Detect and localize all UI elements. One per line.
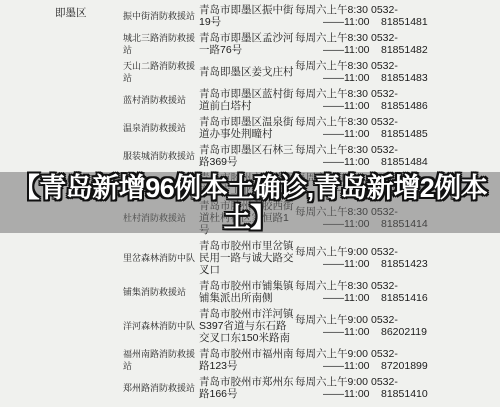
station-name: 振中街消防救援站 [123, 10, 199, 22]
table-row: 温泉消防救援站 青岛市即墨区温泉街道办事处荆疃村 每周六上午8:30 ——11:… [0, 114, 500, 142]
service-time: 每周六上午9:00 ——11:00 [295, 246, 371, 270]
station-address: 青岛市即墨区振中街19号 [199, 4, 295, 28]
district-cell [55, 32, 123, 35]
service-time-text: 每周六上午8:30 ——11:00 [295, 60, 371, 84]
district-cell [55, 88, 123, 91]
station-name: 郑州路消防救援站 [123, 382, 199, 394]
phone-number-text: 0532- 81851484 [371, 144, 446, 168]
station-name: 天山二路消防救援站 [123, 60, 199, 84]
district-cell [55, 60, 123, 63]
service-time-text: 每周六上午8:30 ——11:00 [295, 116, 371, 140]
screenshot-root: 即墨区 振中街消防救援站 青岛市即墨区振中街19号 每周六上午8:30 ——11… [0, 0, 500, 407]
service-time: 每周六上午8:30 ——11:00 [295, 60, 371, 84]
phone-number: 0532- 81851483 [371, 60, 446, 84]
table-row: 福州南路消防救援站 青岛市胶州市福州南路123号 每周六上午9:00 ——11:… [0, 346, 500, 374]
phone-number-text: 0532- 86202119 [371, 314, 446, 338]
service-time-text: 每周六上午8:30 ——11:00 [295, 32, 371, 56]
phone-number: 0532- 81851423 [371, 246, 446, 270]
phone-number: 0532- 81851485 [371, 116, 446, 140]
district-cell [55, 144, 123, 147]
phone-number-text: 0532- 81851423 [371, 246, 446, 270]
district-cell [55, 376, 123, 379]
service-time-text: 每周六上午8:30 ——11:00 [295, 4, 371, 28]
service-time-text: 每周六上午9:00 ——11:00 [295, 376, 371, 400]
service-time: 每周六上午9:00 ——11:00 [295, 376, 371, 400]
headline-text: 【青岛新增96例本土确诊,青岛新增2例本土】 [10, 173, 490, 233]
district-cell [55, 308, 123, 311]
station-name: 福州南路消防救援站 [123, 348, 199, 372]
service-time: 每周六上午9:00 ——11:00 [295, 348, 371, 372]
table-row: 里岔森林消防中队 青岛市胶州市里岔镇民用一路与诚大路交叉口 每周六上午9:00 … [0, 238, 500, 278]
table-row: 郑州路消防救援站 青岛市胶州市郑州东路166号 每周六上午9:00 ——11:0… [0, 374, 500, 402]
station-address: 青岛市胶州市洋河镇S397省道与东石路交叉口东150米路南 [199, 308, 295, 344]
district-cell [55, 240, 123, 243]
phone-number-text: 0532- 81851410 [371, 376, 446, 400]
district-cell [55, 116, 123, 119]
phone-number: 0532- 81851486 [371, 88, 446, 112]
station-address: 青岛市即墨区蓝村街道前白塔村 [199, 88, 295, 112]
phone-number-text: 0532- 81851416 [371, 280, 446, 304]
station-address: 青岛市即墨区温泉街道办事处荆疃村 [199, 116, 295, 140]
station-name: 服装城消防救援站 [123, 150, 199, 162]
phone-number-text: 0532- 81851483 [371, 60, 446, 84]
district-cell: 即墨区 [55, 4, 123, 19]
phone-number: 0532- 81851481 [371, 4, 446, 28]
phone-number: 0532- 81851410 [371, 376, 446, 400]
district-cell [55, 280, 123, 283]
district-cell [55, 348, 123, 351]
station-address: 青岛市即墨区石林三路369号 [199, 144, 295, 168]
station-name: 洋河森林消防中队 [123, 320, 199, 332]
headline-overlay: 【青岛新增96例本土确诊,青岛新增2例本土】 [0, 172, 500, 233]
station-address: 青岛市胶州市铺集镇铺集派出所南侧 [199, 280, 295, 304]
service-time: 每周六上午9:00 ——11:00 [295, 314, 371, 338]
phone-number: 0532- 87201899 [371, 348, 446, 372]
service-time-text: 每周六上午9:00 ——11:00 [295, 348, 371, 372]
station-address: 青岛市胶州市郑州东路166号 [199, 376, 295, 400]
service-time: 每周六上午8:30 ——11:00 [295, 280, 371, 304]
station-name: 温泉消防救援站 [123, 122, 199, 134]
phone-number-text: 0532- 81851485 [371, 116, 446, 140]
service-time-text: 每周六上午9:00 ——11:00 [295, 246, 371, 270]
station-address: 青岛即墨区姜戈庄村 [199, 66, 295, 78]
service-time-text: 每周六上午8:30 ——11:00 [295, 88, 371, 112]
phone-number-text: 0532- 81851481 [371, 4, 446, 28]
station-address: 青岛市胶州市里岔镇民用一路与诚大路交叉口 [199, 240, 295, 276]
station-name: 铺集消防救援站 [123, 286, 199, 298]
table-row: 洋河森林消防中队 青岛市胶州市洋河镇S397省道与东石路交叉口东150米路南 每… [0, 306, 500, 346]
phone-number: 0532- 81851482 [371, 32, 446, 56]
phone-number-text: 0532- 81851482 [371, 32, 446, 56]
station-name: 城北三路消防救援站 [123, 32, 199, 56]
phone-number: 0532- 86202119 [371, 314, 446, 338]
service-time: 每周六上午8:30 ——11:00 [295, 116, 371, 140]
table-row: 城北三路消防救援站 青岛市即墨区孟沙河一路76号 每周六上午8:30 ——11:… [0, 30, 500, 58]
service-time-text: 每周六上午9:00 ——11:00 [295, 314, 371, 338]
table-row: 天山二路消防救援站 青岛即墨区姜戈庄村 每周六上午8:30 ——11:00 05… [0, 58, 500, 86]
table-row: 铺集消防救援站 青岛市胶州市铺集镇铺集派出所南侧 每周六上午8:30 ——11:… [0, 278, 500, 306]
phone-number: 0532- 81851484 [371, 144, 446, 168]
table-row: 即墨区 振中街消防救援站 青岛市即墨区振中街19号 每周六上午8:30 ——11… [0, 2, 500, 30]
station-name: 蓝村消防救援站 [123, 94, 199, 106]
phone-number-text: 0532- 81851486 [371, 88, 446, 112]
table-row: 蓝村消防救援站 青岛市即墨区蓝村街道前白塔村 每周六上午8:30 ——11:00… [0, 86, 500, 114]
station-address: 青岛市胶州市福州南路123号 [199, 348, 295, 372]
service-time: 每周六上午8:30 ——11:00 [295, 4, 371, 28]
service-time-text: 每周六上午8:30 ——11:00 [295, 144, 371, 168]
station-address: 青岛市即墨区孟沙河一路76号 [199, 32, 295, 56]
phone-number: 0532- 81851416 [371, 280, 446, 304]
station-name: 里岔森林消防中队 [123, 252, 199, 264]
table-row: 服装城消防救援站 青岛市即墨区石林三路369号 每周六上午8:30 ——11:0… [0, 142, 500, 170]
service-time: 每周六上午8:30 ——11:00 [295, 144, 371, 168]
phone-number-text: 0532- 87201899 [371, 348, 446, 372]
service-time: 每周六上午8:30 ——11:00 [295, 32, 371, 56]
service-time: 每周六上午8:30 ——11:00 [295, 88, 371, 112]
service-time-text: 每周六上午8:30 ——11:00 [295, 280, 371, 304]
